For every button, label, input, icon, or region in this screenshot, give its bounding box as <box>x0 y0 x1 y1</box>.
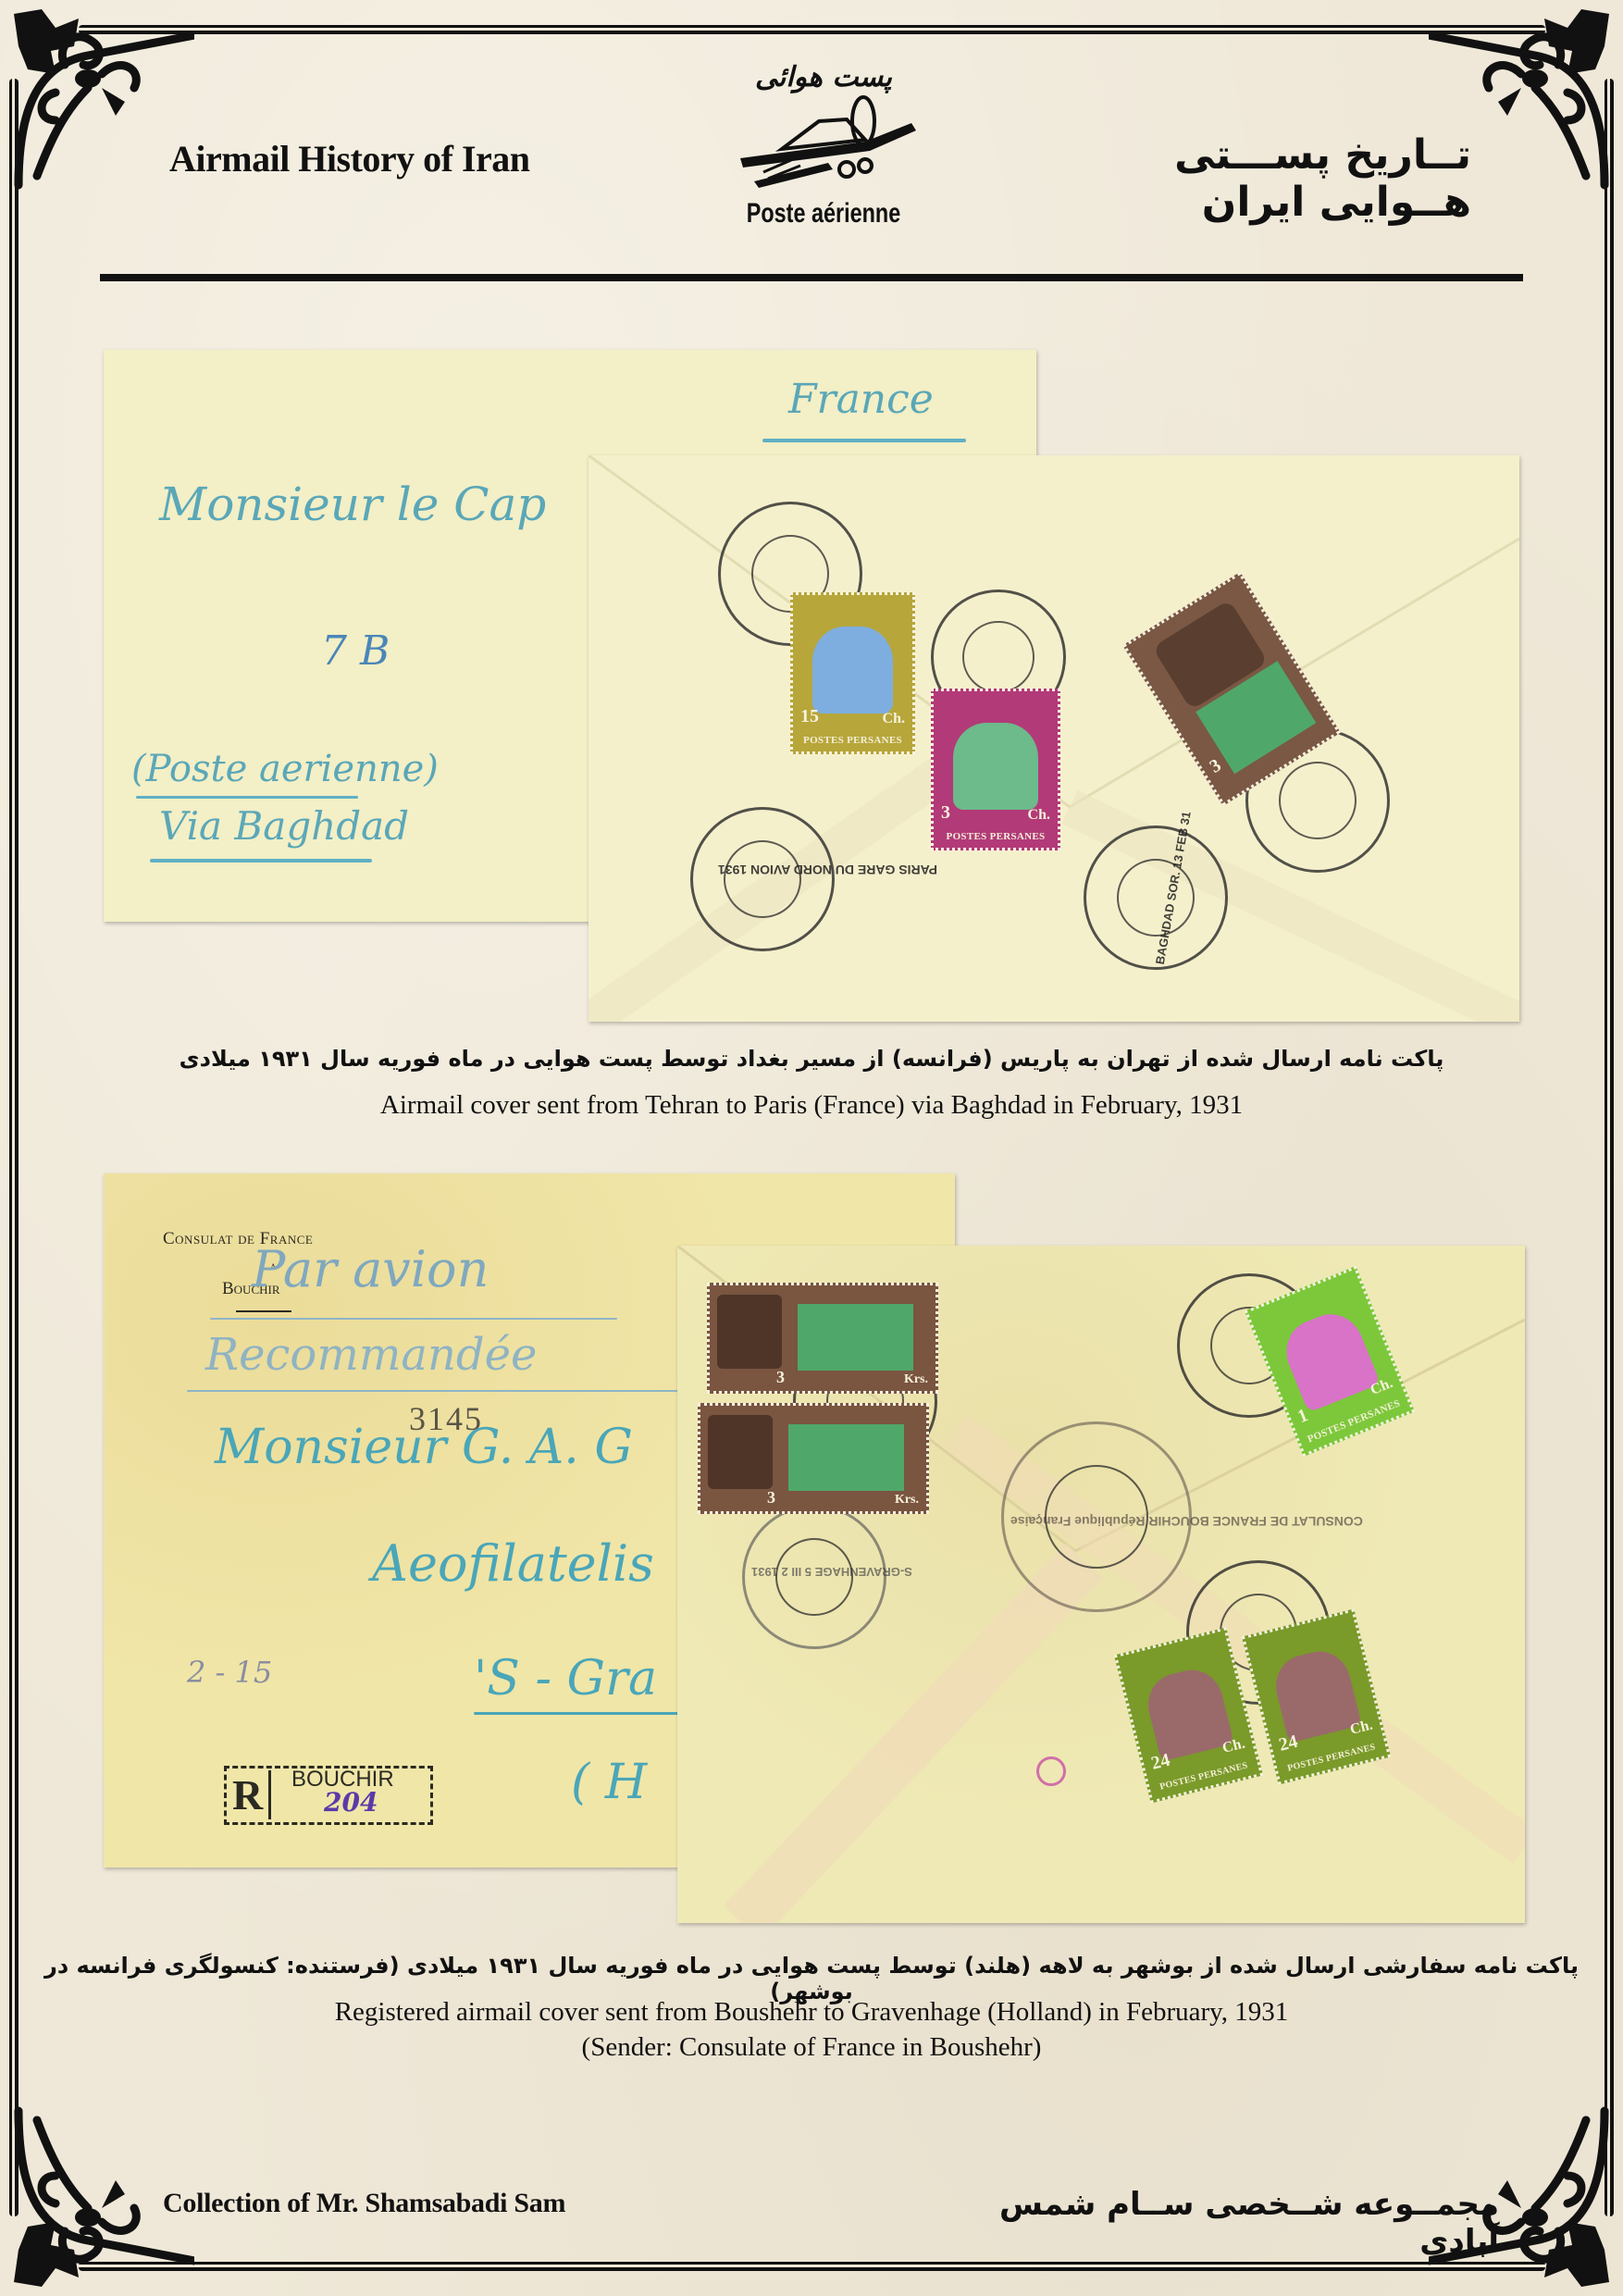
cover-1-caption-farsi: پاکت نامه ارسال شده از تهران به پاریس (ف… <box>0 1046 1623 1072</box>
page-title-english: Airmail History of Iran <box>169 137 530 180</box>
service-underline-2 <box>187 1390 705 1392</box>
cover-2-city: 'S - Gra <box>474 1651 657 1706</box>
cover-2-pencil-note: 2 - 15 <box>187 1655 272 1690</box>
postmark-paris <box>690 807 835 951</box>
cover-1-route-line-2: Via Baghdad <box>159 803 409 849</box>
stamp-landscape <box>798 1304 913 1371</box>
stamp-3-ch: 3 Ch. POSTES PERSANES <box>931 689 1060 850</box>
stamp-value: 3 <box>776 1368 785 1387</box>
stamp-value: 3 <box>1206 755 1225 778</box>
cover-2-caption-sender: (Sender: Consulate of France in Boushehr… <box>0 2032 1623 2063</box>
stamp-value: 3 <box>941 802 950 824</box>
cover-2-service-par-avion: Par avion <box>252 1240 489 1298</box>
service-underline-1 <box>210 1318 617 1320</box>
stamp-portrait <box>1142 1663 1234 1761</box>
frame-bottom-border <box>79 2262 1545 2271</box>
postmark-paris-text: PARIS GARE DU NORD AVION 1931 <box>718 863 937 877</box>
stamp-15-ch: 15 Ch. POSTES PERSANES <box>790 592 915 754</box>
destination-underline <box>762 439 966 442</box>
registration-label: R BOUCHIR 204 <box>224 1766 433 1825</box>
logo-text-french: Poste aérienne <box>744 198 903 230</box>
cover-1-back: PARIS GARE DU NORD AVION 1931 BAGHDAD SO… <box>588 455 1519 1022</box>
stamp-currency: Ch. <box>883 711 905 727</box>
stamp-value: 15 <box>800 706 819 727</box>
stamp-portrait <box>708 1415 773 1489</box>
frame-top-border <box>79 25 1545 34</box>
cover-1-caption-english: Airmail cover sent from Tehran to Paris … <box>0 1090 1623 1121</box>
header-divider <box>100 274 1523 281</box>
collection-credit-english: Collection of Mr. Shamsabadi Sam <box>163 2188 565 2219</box>
cover-1-addressee: Monsieur le Cap <box>159 478 546 531</box>
letterhead-flourish <box>236 1310 291 1312</box>
ornament-corner-top-left-icon <box>0 0 194 194</box>
frame-left-border <box>9 79 19 2216</box>
collection-credit-farsi: مجمــوعه شــخصی ســام شمس آبادی <box>925 2186 1499 2260</box>
stamp-label: POSTES PERSANES <box>934 831 1058 842</box>
page-title-farsi: تــاریخ پســـتی هــوایی ایران <box>1018 131 1471 226</box>
postmark-consulat-text: CONSULAT DE FRANCE BOUCHIR République Fr… <box>1010 1514 1363 1529</box>
cover-2-back: CONSULAT DE FRANCE BOUCHIR République Fr… <box>677 1246 1525 1923</box>
route-underline-2 <box>150 859 372 863</box>
stamp-3-krs-airmail-top: 3 Krs. <box>707 1283 938 1394</box>
cover-1-route-line-1: (Poste aerienne) <box>131 748 439 790</box>
cover-2-address-line-2: Aeofilatelis <box>372 1534 654 1593</box>
stamp-label: POSTES PERSANES <box>793 735 912 746</box>
stamp-value: 3 <box>767 1488 775 1508</box>
stamp-currency: Ch. <box>1028 807 1050 824</box>
cover-1-address-line: 7 B <box>321 627 390 675</box>
stamp-currency: Krs. <box>904 1372 928 1387</box>
cover-2-service-recommandee: Recommandée <box>205 1329 537 1381</box>
logo-text-farsi: پست هوائی <box>722 61 925 93</box>
airmail-logo: پست هوائی Poste aérienne <box>722 56 925 268</box>
cover-2-addressee: Monsieur G. A. G <box>215 1420 633 1475</box>
stamp-landscape <box>788 1424 904 1491</box>
cover-2-caption-english: Registered airmail cover sent from Boush… <box>0 1997 1623 2028</box>
stamp-portrait <box>1276 1305 1381 1413</box>
frame-right-border <box>1604 79 1614 2216</box>
cover-1-destination: France <box>788 376 934 423</box>
postmark-gravenhage-text: S-GRAVENHAGE 5 III 2 1931 <box>751 1565 912 1579</box>
stamp-portrait <box>717 1295 782 1369</box>
stamp-3-krs-airmail-bottom: 3 Krs. <box>698 1403 929 1514</box>
registration-letter: R <box>232 1770 271 1819</box>
pink-handstamp <box>1036 1756 1066 1786</box>
route-underline-1 <box>136 796 358 799</box>
stamp-portrait <box>1270 1644 1362 1743</box>
airplane-icon <box>726 93 921 195</box>
stamp-portrait <box>812 627 894 714</box>
stamp-portrait <box>953 723 1037 811</box>
registration-number: 204 <box>324 1787 378 1818</box>
stamp-currency: Krs. <box>895 1493 919 1508</box>
cover-2-country: ( H <box>571 1755 647 1810</box>
